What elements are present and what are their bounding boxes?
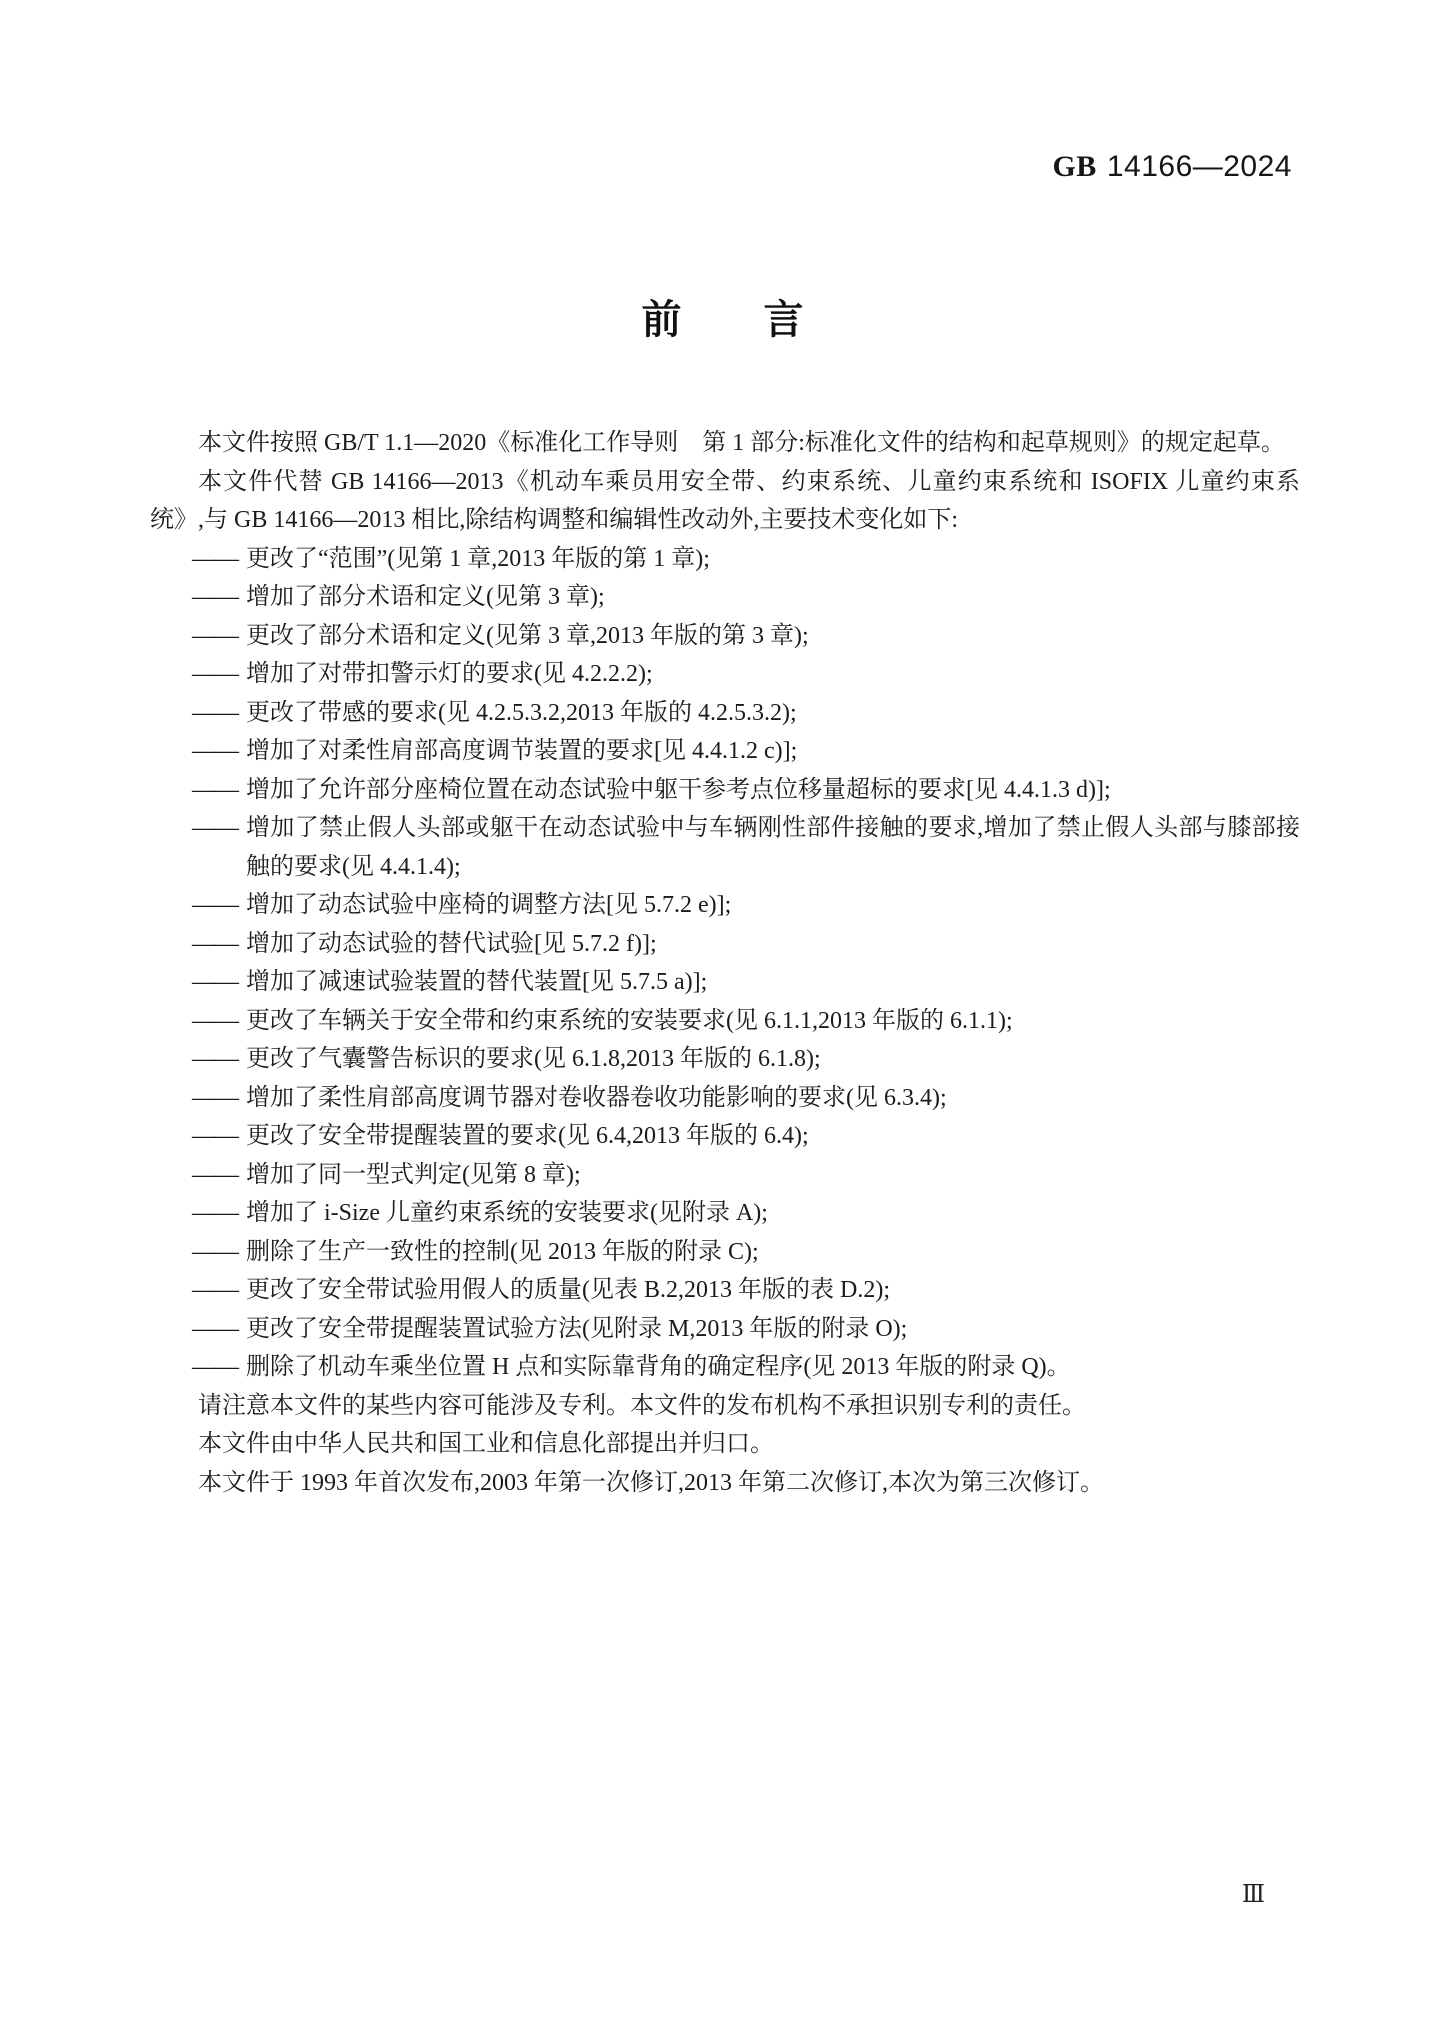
change-item: —— 更改了部分术语和定义(见第 3 章,2013 年版的第 3 章); [192,617,1300,656]
list-dash: —— [192,732,246,771]
list-dash: —— [192,1348,246,1387]
list-dash: —— [192,1156,246,1195]
page-title-char-2: 言 [764,288,804,345]
change-item: —— 增加了对带扣警示灯的要求(见 4.2.2.2); [192,655,1300,694]
list-dash: —— [192,1194,246,1233]
change-item: —— 增加了 i-Size 儿童约束系统的安装要求(见附录 A); [192,1194,1300,1233]
change-text: 更改了带感的要求(见 4.2.5.3.2,2013 年版的 4.2.5.3.2)… [246,694,1300,733]
list-dash: —— [192,1040,246,1079]
change-item: —— 增加了柔性肩部高度调节器对卷收器卷收功能影响的要求(见 6.3.4); [192,1079,1300,1118]
list-dash: —— [192,771,246,810]
list-dash: —— [192,809,246,886]
change-text: 增加了允许部分座椅位置在动态试验中躯干参考点位移量超标的要求[见 4.4.1.3… [246,771,1300,810]
foreword-paragraph: 本文件由中华人民共和国工业和信息化部提出并归口。 [150,1425,1300,1464]
change-text: 增加了 i-Size 儿童约束系统的安装要求(见附录 A); [246,1194,1300,1233]
change-text: 增加了对柔性肩部高度调节装置的要求[见 4.4.1.2 c)]; [246,732,1300,771]
change-item: —— 更改了安全带提醒装置的要求(见 6.4,2013 年版的 6.4); [192,1117,1300,1156]
change-text: 增加了减速试验装置的替代装置[见 5.7.5 a)]; [246,963,1300,1002]
change-text: 增加了对带扣警示灯的要求(见 4.2.2.2); [246,655,1300,694]
change-text: 删除了生产一致性的控制(见 2013 年版的附录 C); [246,1233,1300,1272]
change-item: —— 更改了气囊警告标识的要求(见 6.1.8,2013 年版的 6.1.8); [192,1040,1300,1079]
change-text: 更改了气囊警告标识的要求(见 6.1.8,2013 年版的 6.1.8); [246,1040,1300,1079]
change-item: —— 增加了部分术语和定义(见第 3 章); [192,578,1300,617]
change-text: 更改了“范围”(见第 1 章,2013 年版的第 1 章); [246,540,1300,579]
change-item: —— 增加了允许部分座椅位置在动态试验中躯干参考点位移量超标的要求[见 4.4.… [192,771,1300,810]
list-dash: —— [192,694,246,733]
change-item: —— 更改了安全带试验用假人的质量(见表 B.2,2013 年版的表 D.2); [192,1271,1300,1310]
list-dash: —— [192,1002,246,1041]
change-text: 增加了同一型式判定(见第 8 章); [246,1156,1300,1195]
change-text: 增加了禁止假人头部或躯干在动态试验中与车辆刚性部件接触的要求,增加了禁止假人头部… [246,809,1300,886]
change-item: —— 更改了“范围”(见第 1 章,2013 年版的第 1 章); [192,540,1300,579]
change-item: —— 增加了减速试验装置的替代装置[见 5.7.5 a)]; [192,963,1300,1002]
list-dash: —— [192,1117,246,1156]
change-item: —— 增加了动态试验中座椅的调整方法[见 5.7.2 e)]; [192,886,1300,925]
list-dash: —— [192,578,246,617]
list-dash: —— [192,655,246,694]
foreword-paragraph: 本文件代替 GB 14166—2013《机动车乘员用安全带、约束系统、儿童约束系… [150,463,1300,540]
change-item: —— 删除了生产一致性的控制(见 2013 年版的附录 C); [192,1233,1300,1272]
foreword-paragraph: 本文件按照 GB/T 1.1—2020《标准化工作导则 第 1 部分:标准化文件… [150,424,1300,463]
change-item: —— 增加了对柔性肩部高度调节装置的要求[见 4.4.1.2 c)]; [192,732,1300,771]
change-item: —— 更改了车辆关于安全带和约束系统的安装要求(见 6.1.1,2013 年版的… [192,1002,1300,1041]
list-dash: —— [192,886,246,925]
document-page: GB14166—2024 前 言 本文件按照 GB/T 1.1—2020《标准化… [0,0,1445,2044]
change-item: —— 增加了动态试验的替代试验[见 5.7.2 f)]; [192,925,1300,964]
change-text: 更改了部分术语和定义(见第 3 章,2013 年版的第 3 章); [246,617,1300,656]
standard-code-prefix: GB [1052,150,1096,183]
list-dash: —— [192,1310,246,1349]
change-text: 删除了机动车乘坐位置 H 点和实际靠背角的确定程序(见 2013 年版的附录 Q… [246,1348,1300,1387]
change-item: —— 更改了安全带提醒装置试验方法(见附录 M,2013 年版的附录 O); [192,1310,1300,1349]
list-dash: —— [192,540,246,579]
list-dash: —— [192,925,246,964]
change-text: 增加了动态试验的替代试验[见 5.7.2 f)]; [246,925,1300,964]
foreword-paragraph: 请注意本文件的某些内容可能涉及专利。本文件的发布机构不承担识别专利的责任。 [150,1387,1300,1426]
change-item: —— 删除了机动车乘坐位置 H 点和实际靠背角的确定程序(见 2013 年版的附… [192,1348,1300,1387]
change-text: 更改了安全带提醒装置试验方法(见附录 M,2013 年版的附录 O); [246,1310,1300,1349]
change-text: 更改了安全带试验用假人的质量(见表 B.2,2013 年版的表 D.2); [246,1271,1300,1310]
change-text: 更改了车辆关于安全带和约束系统的安装要求(见 6.1.1,2013 年版的 6.… [246,1002,1300,1041]
foreword-body: 本文件按照 GB/T 1.1—2020《标准化工作导则 第 1 部分:标准化文件… [150,424,1300,1502]
page-number: Ⅲ [1242,1880,1265,1909]
change-item: —— 更改了带感的要求(见 4.2.5.3.2,2013 年版的 4.2.5.3… [192,694,1300,733]
change-item: —— 增加了同一型式判定(见第 8 章); [192,1156,1300,1195]
foreword-paragraph: 本文件于 1993 年首次发布,2003 年第一次修订,2013 年第二次修订,… [150,1464,1300,1503]
standard-code-number: 14166—2024 [1107,150,1292,183]
list-dash: —— [192,1079,246,1118]
list-dash: —— [192,963,246,1002]
change-item: —— 增加了禁止假人头部或躯干在动态试验中与车辆刚性部件接触的要求,增加了禁止假… [192,809,1300,886]
list-dash: —— [192,617,246,656]
change-text: 增加了柔性肩部高度调节器对卷收器卷收功能影响的要求(见 6.3.4); [246,1079,1300,1118]
title-spacer [682,316,764,317]
change-text: 更改了安全带提醒装置的要求(见 6.4,2013 年版的 6.4); [246,1117,1300,1156]
change-text: 增加了动态试验中座椅的调整方法[见 5.7.2 e)]; [246,886,1300,925]
list-dash: —— [192,1271,246,1310]
page-title: 前 言 [0,288,1445,345]
change-text: 增加了部分术语和定义(见第 3 章); [246,578,1300,617]
page-title-char-1: 前 [642,288,682,345]
list-dash: —— [192,1233,246,1272]
standard-code: GB14166—2024 [1052,150,1292,184]
